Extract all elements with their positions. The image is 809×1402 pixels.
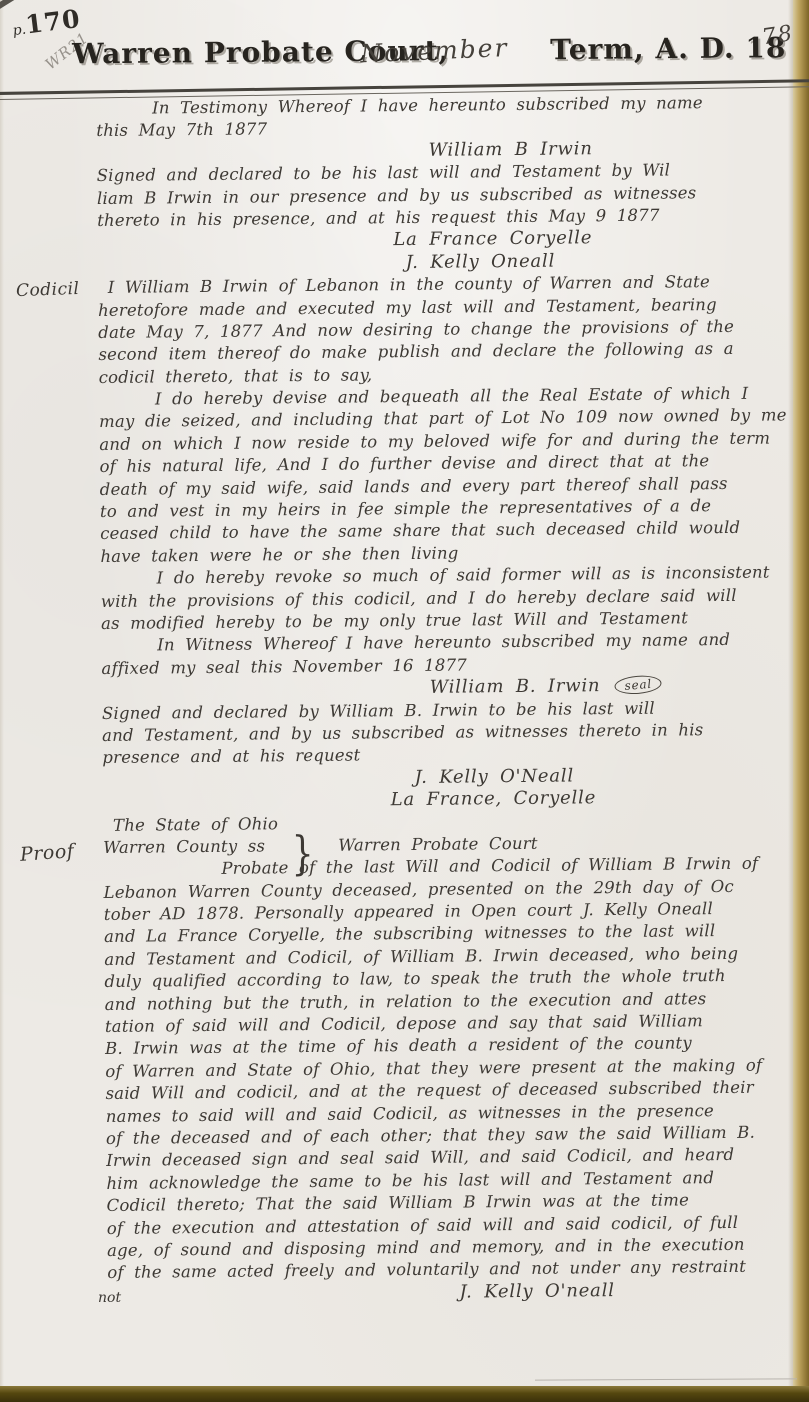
scanned-probate-record-page: p.170 WR21 Warren Probate Court, Novembe…	[0, 0, 809, 1402]
handwritten-term-year: 78	[760, 21, 795, 50]
document-body: In Testimony Whereof I have hereunto sub…	[96, 91, 808, 1307]
margin-label-proof: Proof	[19, 840, 75, 866]
margin-label-codicil: Codicil	[16, 279, 80, 301]
masthead: Warren Probate Court, November Term, A. …	[0, 27, 809, 84]
seal-mark: seal	[614, 674, 663, 696]
handwritten-term-month: November	[360, 33, 509, 68]
term-label: Term, A. D. 18	[550, 31, 787, 66]
catchword: not	[98, 1290, 121, 1306]
book-binding-bottom-edge	[0, 1386, 809, 1402]
left-page-edge	[0, 0, 4, 1402]
faint-bottom-rule	[535, 1378, 797, 1380]
